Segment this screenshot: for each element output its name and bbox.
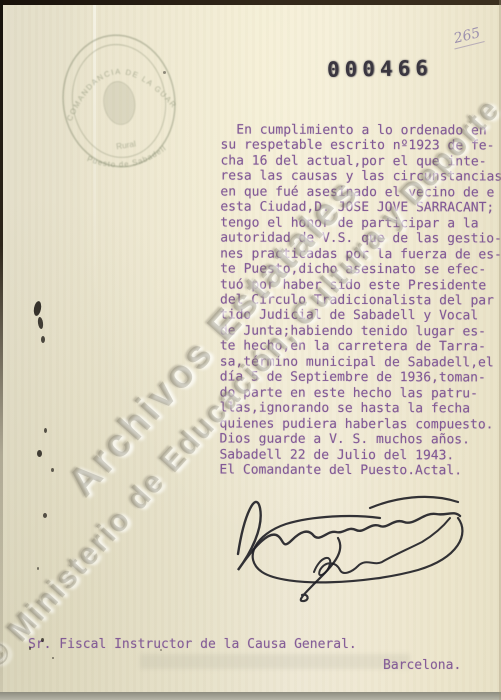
signature-flourish: [222, 474, 472, 624]
ink-speck: [51, 468, 54, 472]
addressee-city: Barcelona.: [383, 658, 461, 673]
scan-edge-top: [0, 0, 501, 5]
ink-speck: [37, 567, 39, 570]
ink-speck: [37, 450, 42, 457]
ink-speck: [163, 71, 166, 74]
ink-speck: [52, 657, 54, 659]
registry-stamp-number: 000466: [327, 56, 433, 82]
ink-speck: [33, 301, 42, 317]
letter-body-text: En cumplimiento a lo ordenado en su resp…: [219, 123, 501, 479]
ink-speck: [43, 513, 47, 518]
guardia-civil-oval-seal-icon: COMANDANCIA DE LA GUARDIA CIVIL Puesto d…: [41, 18, 196, 183]
folio-number-handwritten: 265: [450, 25, 484, 50]
seal-eagle-emblem-icon: [101, 79, 138, 127]
scan-edge-bottom: [0, 692, 501, 700]
ink-speck: [41, 336, 45, 343]
paper-smudge: [140, 654, 410, 669]
ink-speck: [41, 638, 44, 642]
ink-speck: [44, 428, 47, 433]
scanned-document-page: COMANDANCIA DE LA GUARDIA CIVIL Puesto d…: [0, 0, 501, 700]
addressee-line: Sr. Fiscal Instructor de la Causa Genera…: [28, 637, 357, 652]
seal-center-text: Rural: [116, 139, 137, 151]
ink-speck: [160, 649, 162, 651]
ink-speck: [37, 317, 44, 330]
scan-edge-left: [0, 0, 3, 700]
ink-speck: [29, 647, 31, 650]
